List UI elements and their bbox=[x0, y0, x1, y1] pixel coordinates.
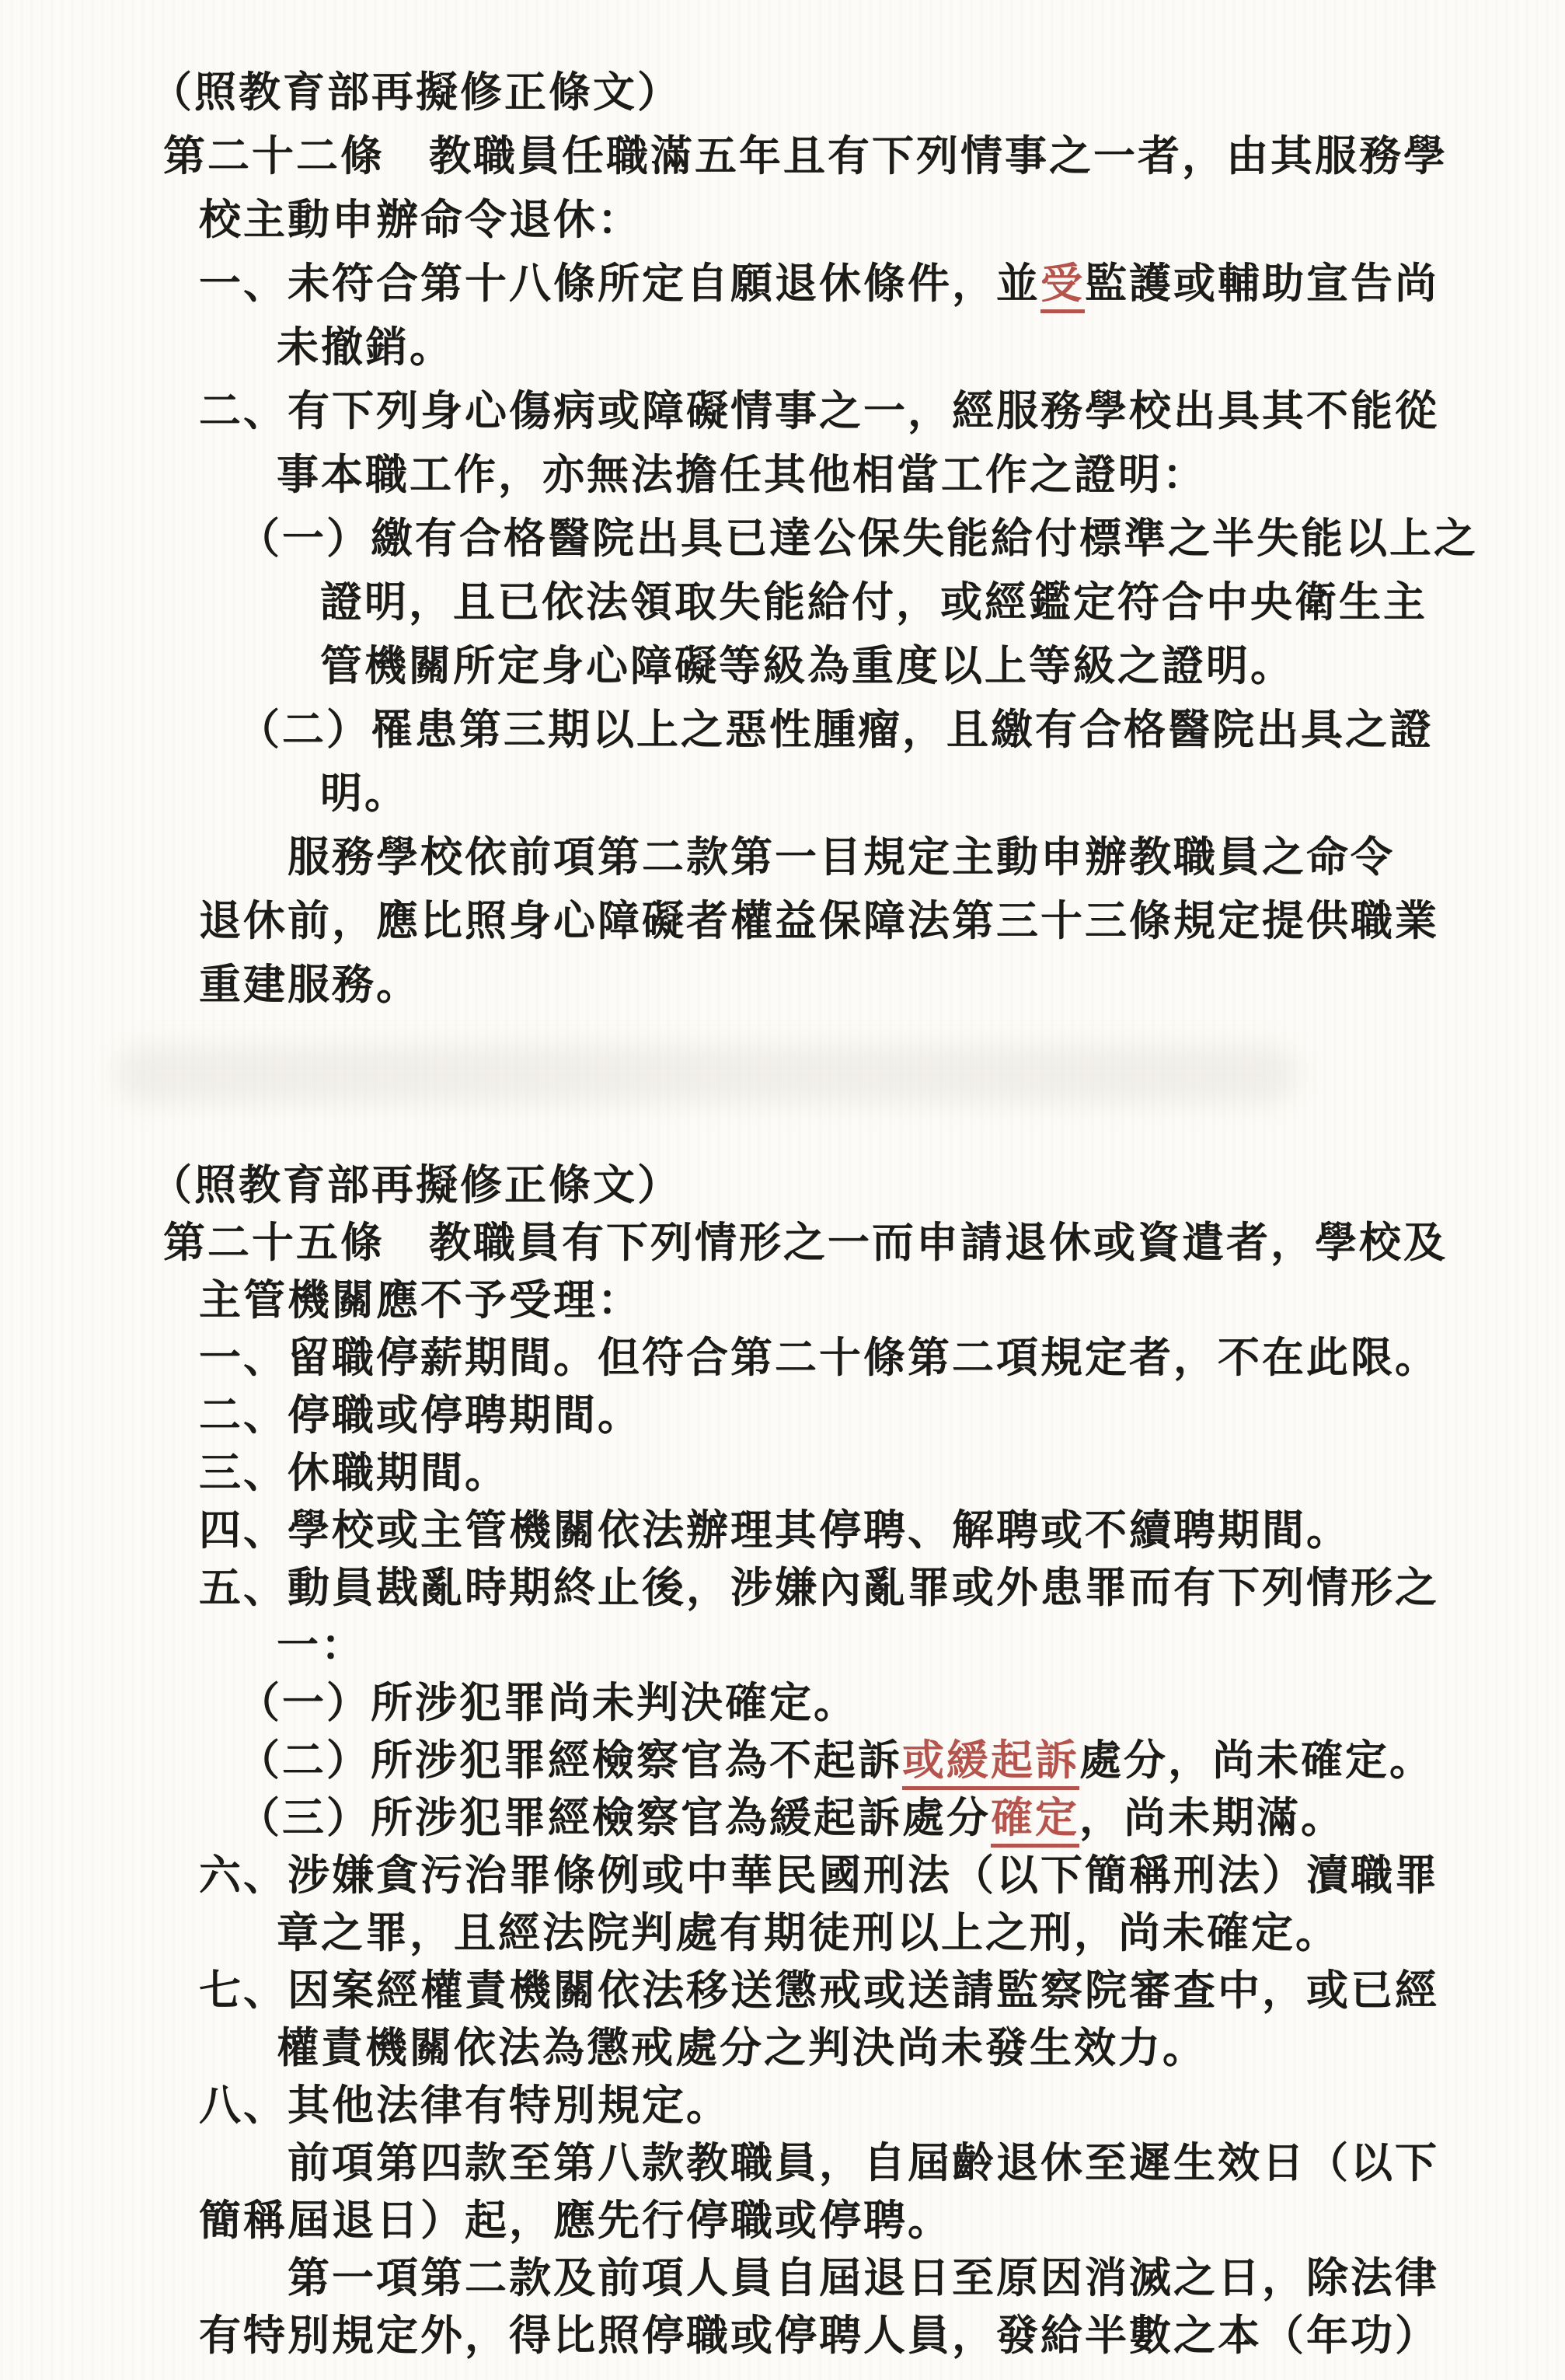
document-line: 服務學校依前項第二款第一目規定主動申辦教職員之命令 bbox=[163, 825, 1531, 889]
document-line: （二）罹患第三期以上之惡性腫瘤，且繳有合格醫院出具之證 bbox=[163, 698, 1531, 762]
document-line: 一、未符合第十八條所定自願退休條件，並受監護或輔助宣告尚 bbox=[163, 252, 1531, 316]
document-line: 一、留職停薪期間。但符合第二十條第二項規定者，不在此限。 bbox=[163, 1329, 1531, 1387]
text-segment: （一）繳有合格醫院出具已達公保失能給付標準之半失能以上之 bbox=[238, 515, 1478, 562]
section-header: （照教育部再擬修正條文） bbox=[150, 1157, 1531, 1214]
text-segment: 明。 bbox=[320, 770, 409, 817]
document-line: 簡稱屆退日）起，應先行停職或停聘。 bbox=[163, 2192, 1531, 2249]
text-segment: ，尚未期滿。 bbox=[1079, 1795, 1345, 1841]
scanned-document-page: （照教育部再擬修正條文）第二十二條 教職員任職滿五年且有下列情事之一者，由其服務… bbox=[0, 0, 1565, 2380]
text-segment: （一）所涉犯罪尚未判決確定。 bbox=[238, 1680, 858, 1726]
document-line: 七、因案經權責機關依法移送懲戒或送請監察院審查中，或已經 bbox=[163, 1962, 1531, 2019]
text-segment: 三、休職期間。 bbox=[199, 1450, 509, 1496]
text-segment: 未撤銷。 bbox=[277, 324, 454, 371]
text-segment: 服務學校依前項第二款第一目規定主動申辦教職員之命令 bbox=[288, 834, 1395, 881]
text-segment: 第一項第二款及前項人員自屆退日至原因消滅之日，除法律 bbox=[288, 2255, 1439, 2301]
document-line: 二、有下列身心傷病或障礙情事之一，經服務學校出具其不能從 bbox=[163, 379, 1531, 443]
document-line: 明。 bbox=[163, 762, 1531, 825]
document-line: 校主動申辦命令退休： bbox=[163, 188, 1531, 252]
document-line: 主管機關應不予受理： bbox=[163, 1272, 1531, 1329]
text-segment: 事本職工作，亦無法擔任其他相當工作之證明： bbox=[277, 452, 1207, 498]
text-segment: 第二十五條 教職員有下列情形之一而申請退休或資遣者，學校及 bbox=[163, 1220, 1448, 1266]
document-line: 第一項第二款及前項人員自屆退日至原因消滅之日，除法律 bbox=[163, 2249, 1531, 2307]
document-line: 未撤銷。 bbox=[163, 316, 1531, 379]
document-line: 有特別規定外，得比照停職或停聘人員，發給半數之本（年功） bbox=[163, 2307, 1531, 2364]
text-segment: 處分，尚未確定。 bbox=[1079, 1737, 1434, 1784]
document-line: 前項第四款至第八款教職員，自屆齡退休至遲生效日（以下 bbox=[163, 2134, 1531, 2192]
text-segment: （三）所涉犯罪經檢察官為緩起訴處分 bbox=[238, 1795, 991, 1841]
text-segment: 證明，且已依法領取失能給付，或經鑑定符合中央衛生主 bbox=[320, 579, 1427, 626]
text-segment: 二、有下列身心傷病或障礙情事之一，經服務學校出具其不能從 bbox=[199, 388, 1439, 434]
document-line: 八、其他法律有特別規定。 bbox=[163, 2077, 1531, 2134]
text-segment: 簡稱屆退日）起，應先行停職或停聘。 bbox=[199, 2197, 952, 2244]
document-line: 四、學校或主管機關依法辦理其停聘、解聘或不續聘期間。 bbox=[163, 1502, 1531, 1559]
text-segment: （二）所涉犯罪經檢察官為不起訴 bbox=[238, 1737, 902, 1784]
document-line: 事本職工作，亦無法擔任其他相當工作之證明： bbox=[163, 443, 1531, 507]
text-segment: 五、動員戡亂時期終止後，涉嫌內亂罪或外患罪而有下列情形之 bbox=[199, 1565, 1439, 1611]
document-line: 第二十二條 教職員任職滿五年且有下列情事之一者，由其服務學 bbox=[163, 124, 1531, 188]
document-line: 五、動員戡亂時期終止後，涉嫌內亂罪或外患罪而有下列情形之 bbox=[163, 1559, 1531, 1617]
text-segment: 章之罪，且經法院判處有期徒刑以上之刑，尚未確定。 bbox=[277, 1910, 1340, 1956]
text-segment: 主管機關應不予受理： bbox=[199, 1277, 642, 1324]
document-line: 章之罪，且經法院判處有期徒刑以上之刑，尚未確定。 bbox=[163, 1904, 1531, 1962]
document-line: 第二十五條 教職員有下列情形之一而申請退休或資遣者，學校及 bbox=[163, 1214, 1531, 1272]
document-line: 證明，且已依法領取失能給付，或經鑑定符合中央衛生主 bbox=[163, 571, 1531, 634]
document-line: （二）所涉犯罪經檢察官為不起訴或緩起訴處分，尚未確定。 bbox=[163, 1732, 1531, 1789]
red-revision-text: 或緩起訴 bbox=[902, 1737, 1079, 1790]
document-line: （三）所涉犯罪經檢察官為緩起訴處分確定，尚未期滿。 bbox=[163, 1789, 1531, 1847]
document-line: 一： bbox=[163, 1617, 1531, 1674]
text-segment: 退休前，應比照身心障礙者權益保障法第三十三條規定提供職業 bbox=[199, 898, 1439, 944]
text-segment: 權責機關依法為懲戒處分之判決尚未發生效力。 bbox=[277, 2025, 1207, 2071]
document-line: （一）所涉犯罪尚未判決確定。 bbox=[163, 1674, 1531, 1732]
document-line: 二、停職或停聘期間。 bbox=[163, 1387, 1531, 1444]
text-segment: 管機關所定身心障礙等級為重度以上等級之證明。 bbox=[320, 643, 1295, 689]
document-line: 權責機關依法為懲戒處分之判決尚未發生效力。 bbox=[163, 2019, 1531, 2077]
document-line: 退休前，應比照身心障礙者權益保障法第三十三條規定提供職業 bbox=[163, 889, 1531, 953]
text-segment: 一、留職停薪期間。但符合第二十條第二項規定者，不在此限。 bbox=[199, 1335, 1439, 1381]
text-segment: 重建服務。 bbox=[199, 961, 420, 1008]
text-segment: 四、學校或主管機關依法辦理其停聘、解聘或不續聘期間。 bbox=[199, 1507, 1351, 1554]
red-revision-text: 確定 bbox=[991, 1795, 1079, 1848]
document-section: （照教育部再擬修正條文）第二十五條 教職員有下列情形之一而申請退休或資遣者，學校… bbox=[163, 1157, 1531, 2364]
text-segment: 八、其他法律有特別規定。 bbox=[199, 2082, 730, 2129]
text-segment: 監護或輔助宣告尚 bbox=[1085, 260, 1439, 307]
red-revision-text: 受 bbox=[1040, 260, 1085, 313]
text-segment: 校主動申辦命令退休： bbox=[199, 197, 642, 243]
document-section: （照教育部再擬修正條文）第二十二條 教職員任職滿五年且有下列情事之一者，由其服務… bbox=[163, 61, 1531, 1017]
document-line: 重建服務。 bbox=[163, 953, 1531, 1017]
text-segment: （二）罹患第三期以上之惡性腫瘤，且繳有合格醫院出具之證 bbox=[238, 707, 1434, 753]
text-segment: 有特別規定外，得比照停職或停聘人員，發給半數之本（年功） bbox=[199, 2312, 1439, 2359]
section-header: （照教育部再擬修正條文） bbox=[150, 61, 1531, 124]
text-segment: 一、未符合第十八條所定自願退休條件，並 bbox=[199, 260, 1040, 307]
document-line: 六、涉嫌貪污治罪條例或中華民國刑法（以下簡稱刑法）瀆職罪 bbox=[163, 1847, 1531, 1904]
text-segment: 一： bbox=[277, 1622, 365, 1669]
text-segment: 前項第四款至第八款教職員，自屆齡退休至遲生效日（以下 bbox=[288, 2140, 1439, 2186]
document-body: （照教育部再擬修正條文）第二十二條 教職員任職滿五年且有下列情事之一者，由其服務… bbox=[163, 61, 1531, 2364]
text-segment: 二、停職或停聘期間。 bbox=[199, 1392, 642, 1439]
document-line: 管機關所定身心障礙等級為重度以上等級之證明。 bbox=[163, 634, 1531, 698]
text-segment: 第二十二條 教職員任職滿五年且有下列情事之一者，由其服務學 bbox=[163, 133, 1448, 180]
document-line: （一）繳有合格醫院出具已達公保失能給付標準之半失能以上之 bbox=[163, 507, 1531, 571]
document-line: 三、休職期間。 bbox=[163, 1444, 1531, 1502]
text-segment: 六、涉嫌貪污治罪條例或中華民國刑法（以下簡稱刑法）瀆職罪 bbox=[199, 1852, 1439, 1899]
text-segment: 七、因案經權責機關依法移送懲戒或送請監察院審查中，或已經 bbox=[199, 1967, 1439, 2014]
